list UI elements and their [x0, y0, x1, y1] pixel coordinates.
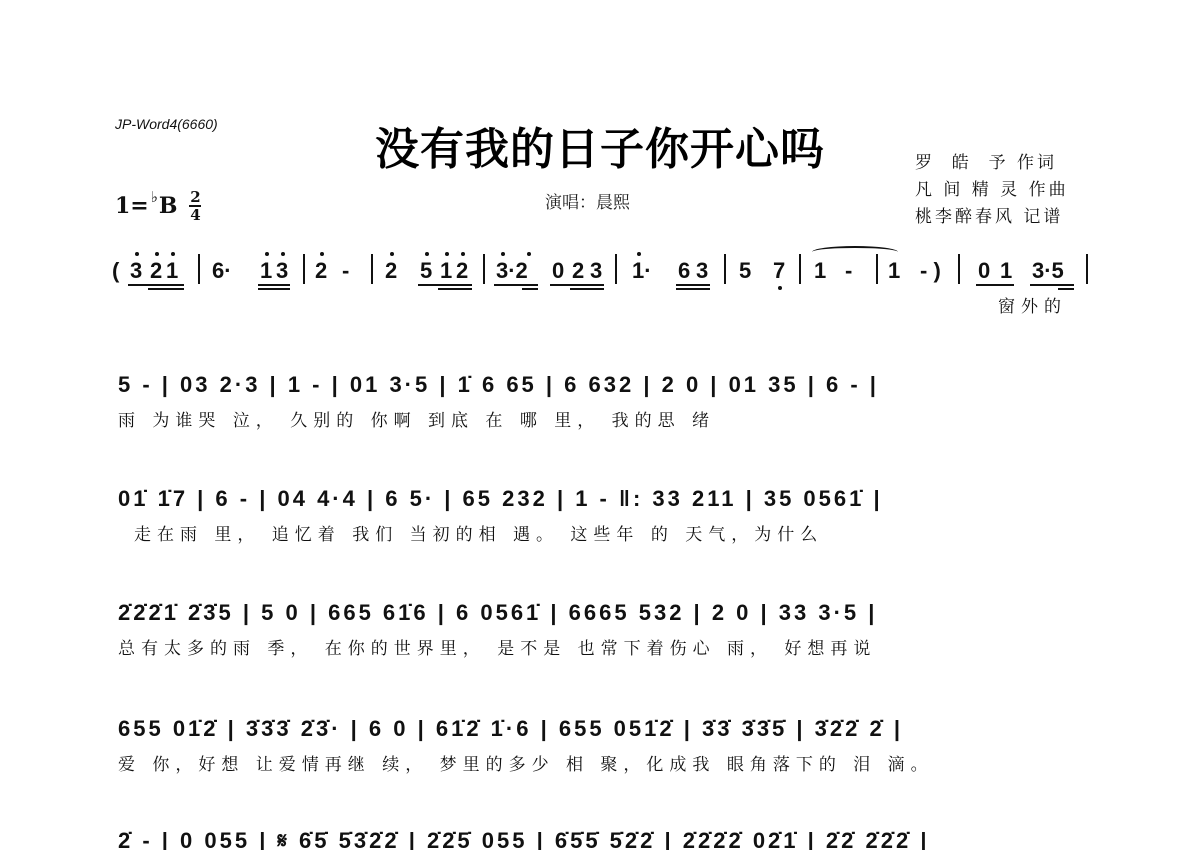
lyric: 走在雨 里， 追忆着 我们 当初的相 遇。 这些年 的 天气，为什么	[134, 520, 823, 545]
note: 1	[260, 258, 272, 284]
key-signature: 1= ♭ B 2 4	[115, 190, 201, 222]
barline	[615, 254, 617, 284]
octave-dot-icon	[445, 252, 449, 256]
barline	[876, 254, 878, 284]
note: 2	[150, 258, 162, 284]
note: 7	[773, 258, 785, 284]
lyricist-credit: 罗 皓 予 作词	[915, 150, 1069, 177]
lyric: 总有太多的雨 季， 在你的世界里， 是不是 也常下着伤心 雨， 好想再说	[118, 634, 876, 659]
octave-dot-icon	[320, 252, 324, 256]
time-numerator: 2	[190, 190, 200, 204]
note: 2	[315, 258, 327, 284]
composer-credit: 凡 间 精 灵 作曲	[915, 177, 1069, 204]
note: 1	[166, 258, 178, 284]
octave-dot-icon	[527, 252, 531, 256]
credits: 罗 皓 予 作词 凡 间 精 灵 作曲 桃李醉春风 记谱	[915, 150, 1069, 231]
note: 3	[590, 258, 602, 284]
open-paren: (	[112, 258, 119, 284]
lyrics-row: 走在雨 里， 追忆着 我们 当初的相 遇。 这些年 的 天气，为什么	[112, 516, 1092, 546]
notes-row: ( 3 2 1 6· 1 3 2 - 2 5 1 2 3·2	[112, 248, 1092, 288]
lyric: 雨 为谁哭 泣， 久别的 你啊 到底 在 哪 里， 我的思 绪	[118, 406, 715, 431]
barline	[371, 254, 373, 284]
flat-icon: ♭	[151, 188, 158, 206]
note: 6·	[212, 258, 232, 284]
time-signature: 2 4	[189, 190, 201, 222]
note: 1	[814, 258, 826, 284]
note: 5	[420, 258, 432, 284]
note: 3·2	[496, 258, 528, 284]
note: 3	[130, 258, 142, 284]
octave-dot-icon	[390, 252, 394, 256]
notes-text: 01̇ 1̇7 | 6 - | 04 4·4 | 6 5· | 65 232 |…	[118, 486, 883, 512]
octave-dot-icon	[135, 252, 139, 256]
note: 1	[440, 258, 452, 284]
note: 3	[276, 258, 288, 284]
note: 6	[678, 258, 690, 284]
lyrics-row: 爱 你，好想 让爱情再继 续， 梦里的多少 相 聚，化成我 眼角落下的 泪 滴。	[112, 746, 1092, 776]
note: -	[845, 258, 852, 284]
key-note: B	[159, 193, 178, 219]
time-denominator: 4	[190, 208, 200, 222]
note: 2	[385, 258, 397, 284]
barline	[724, 254, 726, 284]
barline	[958, 254, 960, 284]
octave-dot-icon	[501, 252, 505, 256]
note: 2	[572, 258, 584, 284]
barline	[303, 254, 305, 284]
notes-text: 2̇ - | 0 055 | 𝄋 6̇5̇ 5̇3̇2̇2̇ | 2̇2̇5̇ …	[118, 828, 929, 850]
octave-dot-icon	[425, 252, 429, 256]
note: 0	[978, 258, 990, 284]
note: 5	[739, 258, 751, 284]
barline	[198, 254, 200, 284]
lyrics-row: 窗外的	[112, 288, 1092, 318]
key-prefix: 1=	[115, 193, 149, 219]
note: -	[342, 258, 349, 284]
lyrics-row: 总有太多的雨 季， 在你的世界里， 是不是 也常下着伤心 雨， 好想再说	[112, 630, 1092, 660]
note: - )	[920, 258, 941, 284]
notes-row: 2̇ - | 0 055 | 𝄋 6̇5̇ 5̇3̇2̇2̇ | 2̇2̇5̇ …	[112, 818, 1092, 850]
staff-system-4: 2̇2̇2̇1̇ 2̇3̇5 | 5 0 | 665 61̇6 | 6 0561…	[112, 590, 1092, 660]
transcriber-credit: 桃李醉春风 记谱	[915, 204, 1069, 231]
staff-system-1: ( 3 2 1 6· 1 3 2 - 2 5 1 2 3·2	[112, 248, 1092, 318]
lyric: 爱 你，好想 让爱情再继 续， 梦里的多少 相 聚，化成我 眼角落下的 泪 滴。	[118, 750, 934, 775]
barline	[799, 254, 801, 284]
notes-row: 655 01̇2̇ | 3̇3̇3̇ 2̇3̇· | 6 0 | 61̇2̇ 1…	[112, 706, 1092, 746]
barline	[1086, 254, 1088, 284]
octave-dot-icon	[461, 252, 465, 256]
notes-row: 01̇ 1̇7 | 6 - | 04 4·4 | 6 5· | 65 232 |…	[112, 476, 1092, 516]
singer-label: 演唱：晨熙	[545, 188, 630, 213]
barline	[483, 254, 485, 284]
tie-icon	[812, 246, 898, 258]
staff-system-6: 2̇ - | 0 055 | 𝄋 6̇5̇ 5̇3̇2̇2̇ | 2̇2̇5̇ …	[112, 818, 1092, 850]
octave-dot-icon	[155, 252, 159, 256]
note: 2	[456, 258, 468, 284]
staff-system-3: 01̇ 1̇7 | 6 - | 04 4·4 | 6 5· | 65 232 |…	[112, 476, 1092, 546]
octave-dot-icon	[171, 252, 175, 256]
note: 1	[1000, 258, 1012, 284]
lyric: 窗外的	[998, 292, 1067, 317]
notes-text: 5 - | 03 2·3 | 1 - | 01 3·5 | 1̇ 6 65 | …	[118, 372, 879, 398]
note: 1	[888, 258, 900, 284]
octave-dot-icon	[281, 252, 285, 256]
notes-text: 655 01̇2̇ | 3̇3̇3̇ 2̇3̇· | 6 0 | 61̇2̇ 1…	[118, 716, 903, 742]
note: 0	[552, 258, 564, 284]
note: 3·5	[1032, 258, 1064, 284]
octave-dot-icon	[637, 252, 641, 256]
staff-system-2: 5 - | 03 2·3 | 1 - | 01 3·5 | 1̇ 6 65 | …	[112, 362, 1092, 432]
lyrics-row: 雨 为谁哭 泣， 久别的 你啊 到底 在 哪 里， 我的思 绪	[112, 402, 1092, 432]
notes-text: 2̇2̇2̇1̇ 2̇3̇5 | 5 0 | 665 61̇6 | 6 0561…	[118, 600, 877, 626]
notes-row: 2̇2̇2̇1̇ 2̇3̇5 | 5 0 | 665 61̇6 | 6 0561…	[112, 590, 1092, 630]
note: 1·	[632, 258, 652, 284]
note: 3	[696, 258, 708, 284]
octave-dot-icon	[265, 252, 269, 256]
staff-system-5: 655 01̇2̇ | 3̇3̇3̇ 2̇3̇· | 6 0 | 61̇2̇ 1…	[112, 706, 1092, 776]
notes-row: 5 - | 03 2·3 | 1 - | 01 3·5 | 1̇ 6 65 | …	[112, 362, 1092, 402]
